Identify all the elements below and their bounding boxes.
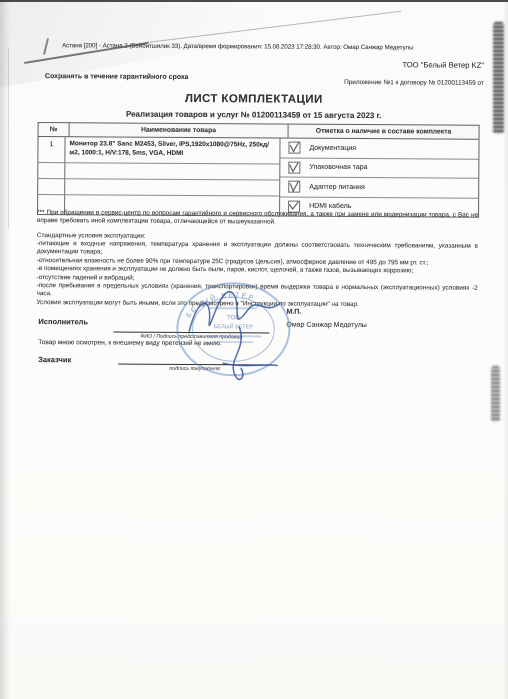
- column-checklist: Документация Упаковочная тара Адаптер пи…: [280, 139, 478, 217]
- attachment-reference: Приложение №1 к договору № 01200113459 о…: [230, 78, 484, 87]
- header-number: №: [39, 123, 70, 136]
- scanned-document: Астана [200] - Астана 2 (Бейбитшилик 33)…: [0, 0, 508, 699]
- checklist-label: HDMI кабель: [309, 203, 351, 210]
- customer-label: Заказчик: [38, 355, 71, 364]
- executor-name: Омар Санжар Медетулы: [286, 322, 366, 329]
- row-number: 1: [38, 137, 64, 163]
- empty-cell: [65, 179, 279, 196]
- packing-table: № Наименование товара Отметка о наличие …: [37, 122, 480, 218]
- inspection-note: Товар мною осмотрен, к внешнему виду пре…: [38, 339, 221, 347]
- checkmark-icon: [288, 160, 300, 173]
- company-name: ТОО "Белый Ветер KZ": [260, 59, 484, 69]
- checklist-item: Адаптер питания: [280, 178, 478, 199]
- column-number: 1: [38, 137, 65, 214]
- service-note: *** При обращении в сервис-центр по вопр…: [37, 209, 478, 228]
- column-product: Монитор 23.8" Sanc M2453, Silver, IPS,19…: [65, 137, 280, 215]
- checklist-label: Адаптер питания: [309, 183, 365, 190]
- checkmark-icon: [288, 141, 300, 154]
- empty-cell: [38, 179, 64, 195]
- header-checklist: Отметка о наличие в составе комплекта: [289, 125, 479, 139]
- document-subtitle: Реализация товаров и услуг № 01200113459…: [34, 109, 474, 121]
- document-meta-line: Астана [200] - Астана 2 (Бейбитшилик 33)…: [62, 42, 486, 52]
- checkbox: [288, 161, 300, 173]
- checklist-label: Документация: [309, 144, 356, 151]
- product-description: Монитор 23.8" Sanc M2453, Silver, IPS,19…: [65, 137, 279, 164]
- checkbox: [288, 142, 300, 154]
- checkmark-icon: [288, 180, 300, 193]
- stamp-center-text: БЕЛЫЙ ВЕТЕР: [214, 322, 254, 330]
- empty-cell: [38, 163, 64, 179]
- checklist-item: Документация: [280, 139, 478, 160]
- customer-signature-caption: подпись покупателя: [118, 366, 271, 373]
- header-product: Наименование товара: [70, 123, 289, 137]
- notes-section: *** При обращении в сервис-центр по вопр…: [36, 209, 478, 310]
- checklist-label: Упаковочная тара: [309, 164, 367, 171]
- empty-cell: [65, 163, 279, 180]
- keep-note: Сохранять в течение гарантийного срока: [45, 73, 189, 81]
- document-title: ЛИСТ КОМПЛЕКТАЦИИ: [34, 92, 474, 107]
- stamp-place-label: М.П.: [286, 309, 301, 316]
- table-body: 1 Монитор 23.8" Sanc M2453, Silver, IPS,…: [38, 137, 478, 217]
- executor-label: Исполнитель: [38, 317, 88, 326]
- checklist-item: Упаковочная тара: [280, 158, 478, 179]
- stamp-sub-text: ТОО: [227, 315, 240, 321]
- condition-item: Условия эксплуатации могут быть иными, е…: [36, 299, 477, 310]
- checkbox: [288, 181, 300, 193]
